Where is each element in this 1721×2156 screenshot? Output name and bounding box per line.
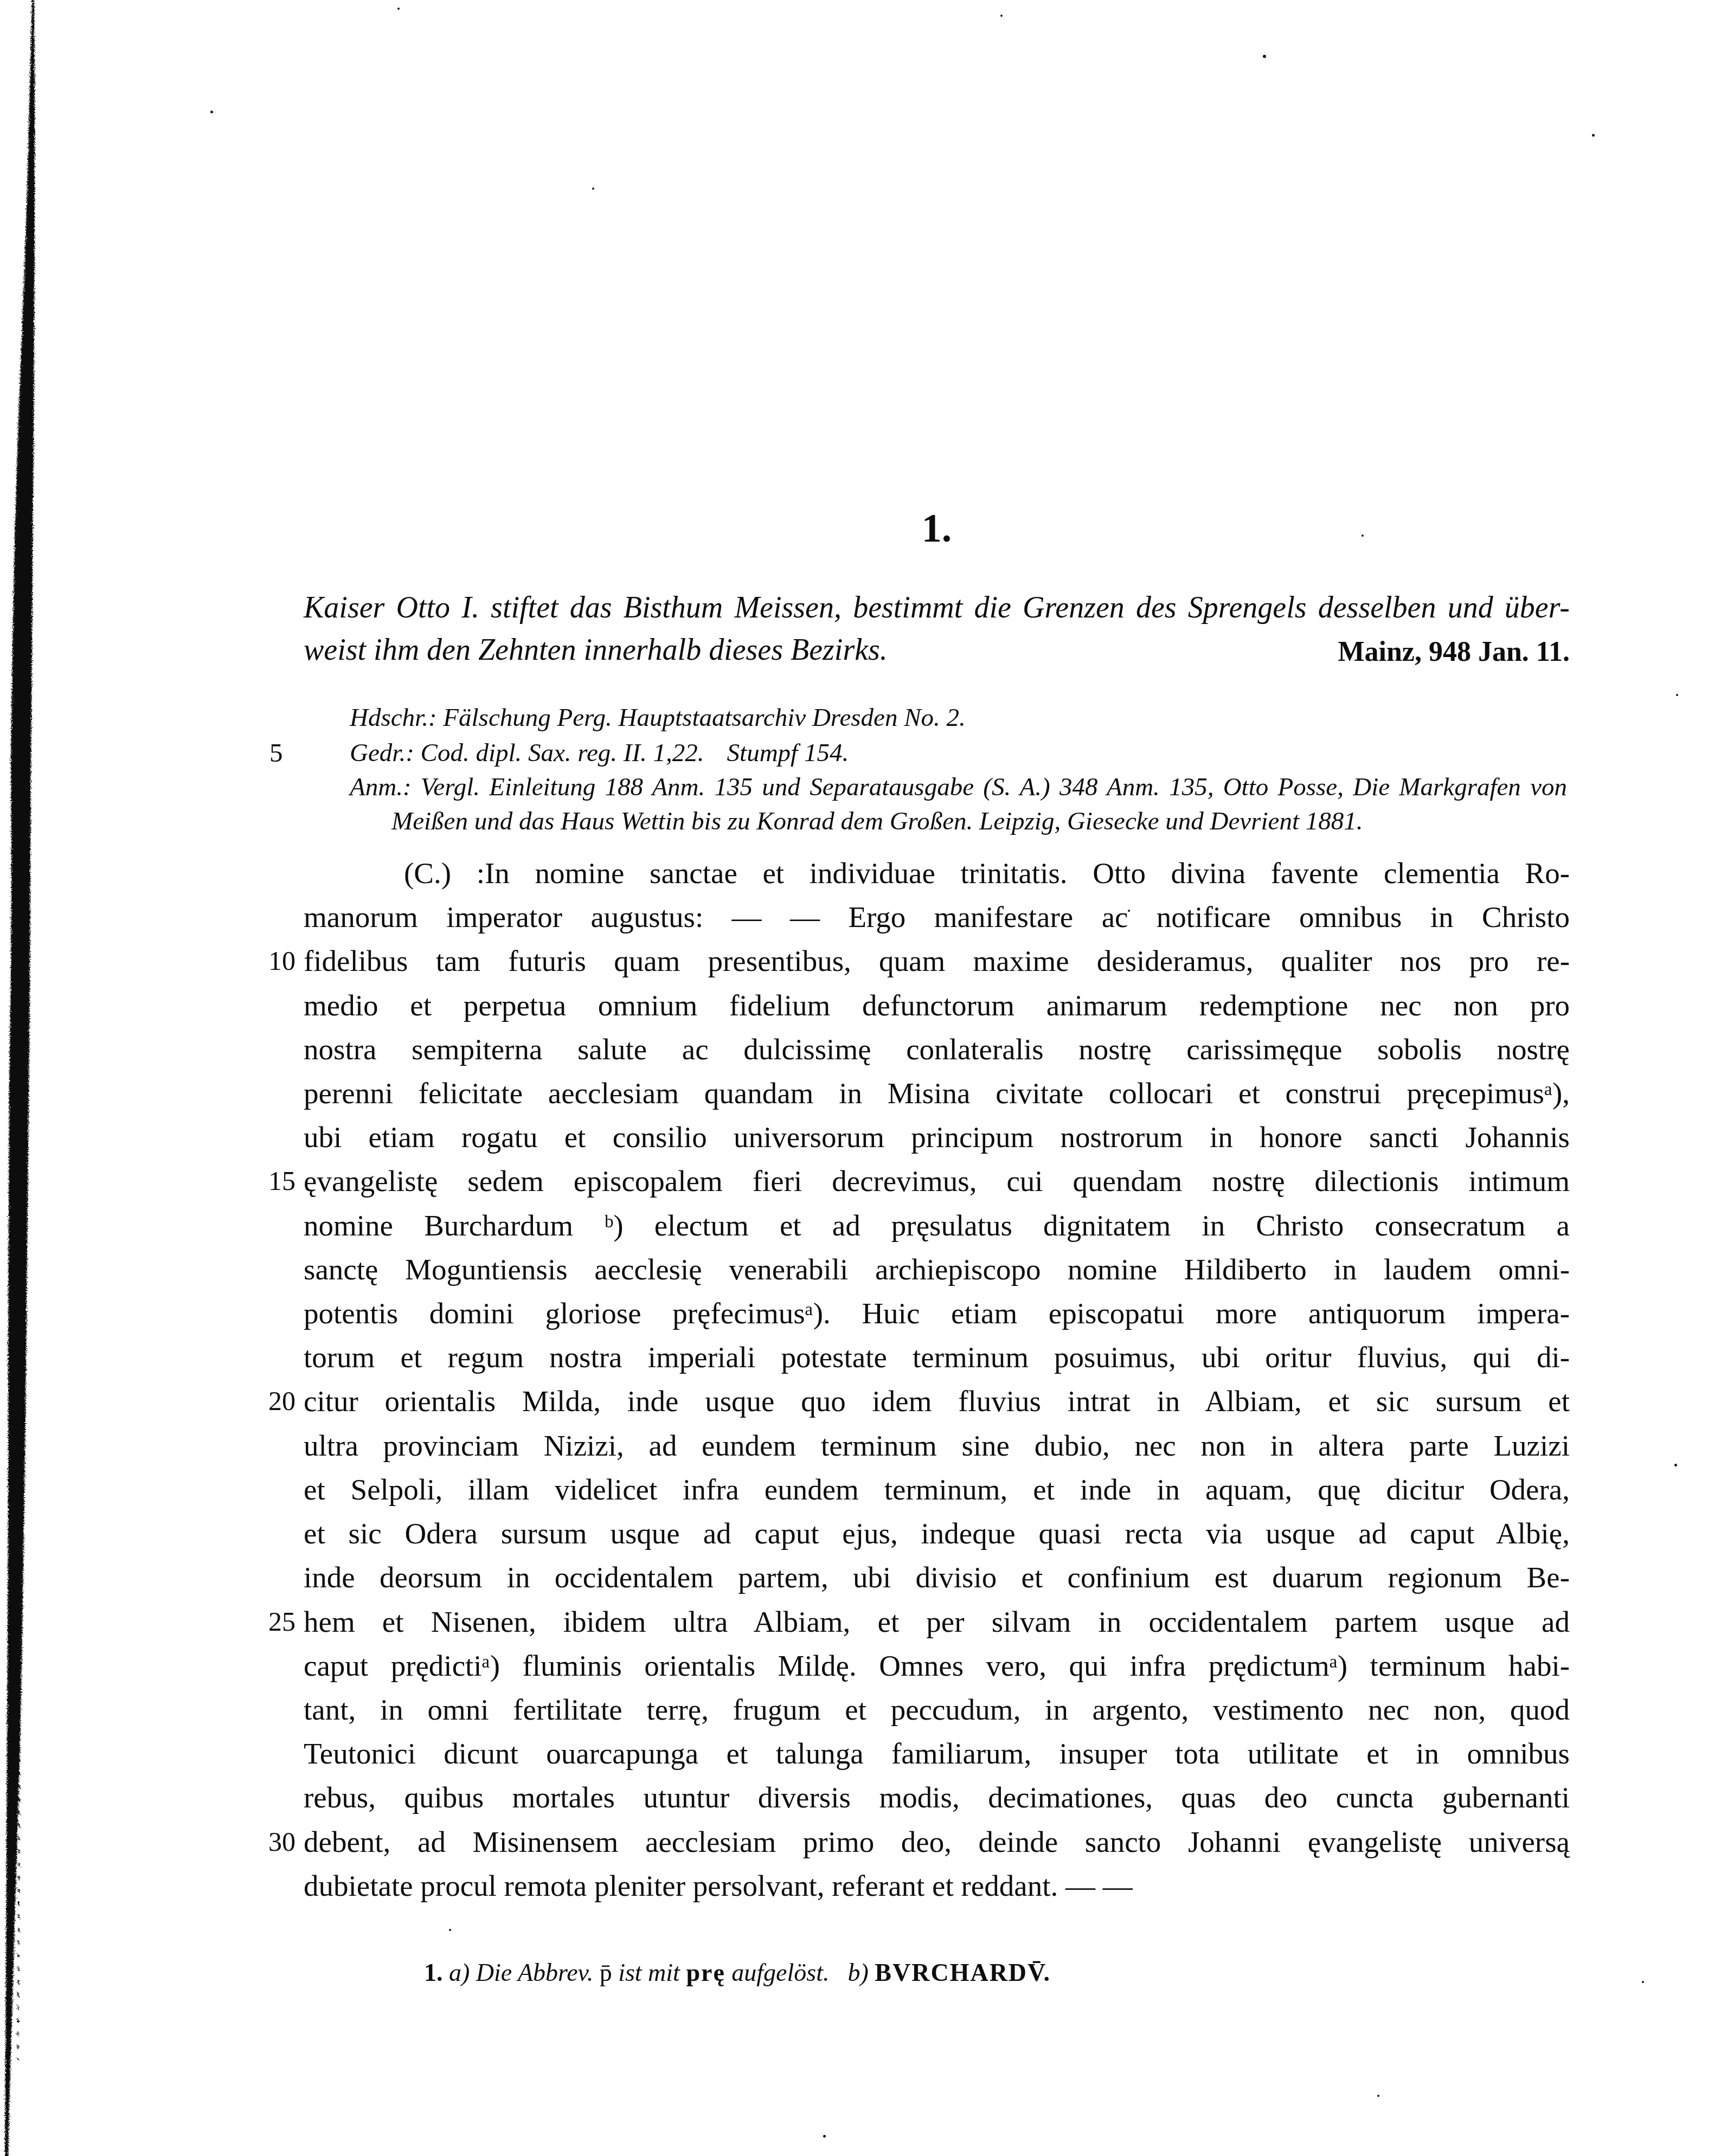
apparatus-anm-text-1: Vergl. Einleitung 188 Anm. 135 und Separ… (421, 773, 1567, 801)
body-line: et Selpoli, illam videlicet infra eundem… (304, 1468, 1570, 1511)
date-place: Mainz, 948 Jan. 11. (1301, 633, 1570, 671)
apparatus-gedr-text-1: Cod. dipl. Sax. reg. II. 1,22. (421, 739, 704, 767)
apparatus-hdschr-text: Fälschung Perg. Hauptstaatsarchiv Dresde… (443, 704, 965, 732)
body-line: ubi etiam rogatu et consilio universorum… (304, 1115, 1570, 1159)
body-line: tant, in omni fertilitate terrę, frugum … (304, 1688, 1570, 1732)
body-line: et sic Odera sursum usque ad caput ejus,… (304, 1511, 1570, 1555)
scan-speck (1592, 134, 1595, 137)
footnote-a-abbreviation: p̄ (600, 1959, 612, 1986)
body-line: inde deorsum in occidentalem partem, ubi… (304, 1555, 1570, 1599)
margin-line-number: 30 (258, 1820, 296, 1864)
body-line: rebus, quibus mortales utuntur diversis … (304, 1775, 1570, 1819)
body-line: caput prędictiᵃ) fluminis orientalis Mil… (304, 1644, 1570, 1688)
scan-gutter-shadow (0, 0, 60, 2156)
footnote-a-text: aufgelöst. (731, 1959, 829, 1986)
margin-line-number: 15 (258, 1159, 296, 1203)
body-line: perenni felicitate aecclesiam quandam in… (304, 1071, 1570, 1115)
scan-speck (823, 2135, 826, 2138)
footnote-a-text: Die Abbrev. (476, 1959, 593, 1986)
margin-line-number: 20 (258, 1379, 296, 1423)
scan-speck (449, 1929, 451, 1931)
scan-speck (1263, 55, 1266, 58)
margin-line-number: 10 (258, 939, 296, 983)
document-number-heading: 1. (304, 509, 1570, 549)
body-line: nomine Burchardum ᵇ) electum et ad pręsu… (304, 1204, 1570, 1247)
body-line: manorum imperator augustus: — — Ergo man… (304, 895, 1570, 939)
apparatus-gedr: 5 Gedr.: Cod. dipl. Sax. reg. II. 1,22.S… (350, 737, 849, 769)
apparatus-anm-line-2: Meißen und das Haus Wettin bis zu Konrad… (391, 805, 1363, 838)
margin-line-number-5: 5 (269, 737, 302, 769)
scan-speck (1676, 694, 1678, 696)
scan-speck (1642, 1981, 1644, 1983)
body-line: 15ęvangelistę sedem episcopalem fieri de… (304, 1159, 1570, 1203)
apparatus-gedr-label: Gedr.: (350, 739, 414, 767)
apparatus-anm-text-2: Meißen und das Haus Wettin bis zu Konrad… (391, 807, 1363, 835)
body-line: nostra sempiterna salute ac dulcissimę c… (304, 1027, 1570, 1071)
body-line: ultra provinciam Nizizi, ad eundem termi… (304, 1424, 1570, 1468)
footnote-b-text: BVRCHARDV̄. (875, 1959, 1051, 1986)
footnote-number: 1. (424, 1959, 443, 1986)
regest-line-1: Kaiser Otto I. stiftet das Bisthum Meiss… (304, 589, 1570, 627)
body-line: 30debent, ad Misinensem aecclesiam primo… (304, 1820, 1570, 1864)
body-line: sanctę Moguntiensis aecclesię venerabili… (304, 1247, 1570, 1291)
scan-speck (1377, 2095, 1379, 2097)
body-line: 20citur orientalis Milda, inde usque quo… (304, 1379, 1570, 1423)
apparatus-hdschr: Hdschr.: Fälschung Perg. Hauptstaatsarch… (350, 701, 966, 734)
body-line: dubietate procul remota pleniter persolv… (304, 1864, 1570, 1908)
body-line: medio et perpetua omnium fidelium defunc… (304, 983, 1570, 1027)
footnote-a-text: ist mit (618, 1959, 680, 1986)
scan-speck (1674, 1464, 1677, 1466)
body-line: torum et regum nostra imperiali potestat… (304, 1335, 1570, 1379)
scan-speck (1000, 15, 1003, 17)
margin-line-number: 25 (258, 1600, 296, 1644)
regest-line-2: weist ihm den Zehnten innerhalb dieses B… (304, 631, 888, 669)
scan-speck (592, 188, 594, 190)
footnote-a-resolved-form: prę (686, 1959, 725, 1986)
footnote: 1. a) Die Abbrev. p̄ ist mit prę aufgelö… (424, 1957, 1051, 1988)
footnote-a-label: a) (449, 1959, 470, 1986)
scan-speck (210, 111, 213, 113)
apparatus-gedr-text-2: Stumpf 154. (727, 739, 849, 767)
body-line: potentis domini gloriose pręfecimusᵃ). H… (304, 1291, 1570, 1335)
document-page: 1. Kaiser Otto I. stiftet das Bisthum Me… (0, 0, 1721, 2156)
apparatus-anm-line-1: Anm.: Vergl. Einleitung 188 Anm. 135 und… (350, 771, 1567, 803)
footnote-b-label: b) (847, 1959, 868, 1986)
body-line: (C.) :In nomine sanctae et individuae tr… (304, 851, 1570, 895)
body-line: 10fidelibus tam futuris quam presentibus… (304, 939, 1570, 983)
body-line: Teutonici dicunt ouarcapunga et talunga … (304, 1732, 1570, 1775)
apparatus-hdschr-label: Hdschr.: (350, 704, 437, 732)
body-line: 25hem et Nisenen, ibidem ultra Albiam, e… (304, 1600, 1570, 1644)
scan-speck (397, 8, 400, 10)
apparatus-anm-label: Anm.: (350, 773, 412, 801)
